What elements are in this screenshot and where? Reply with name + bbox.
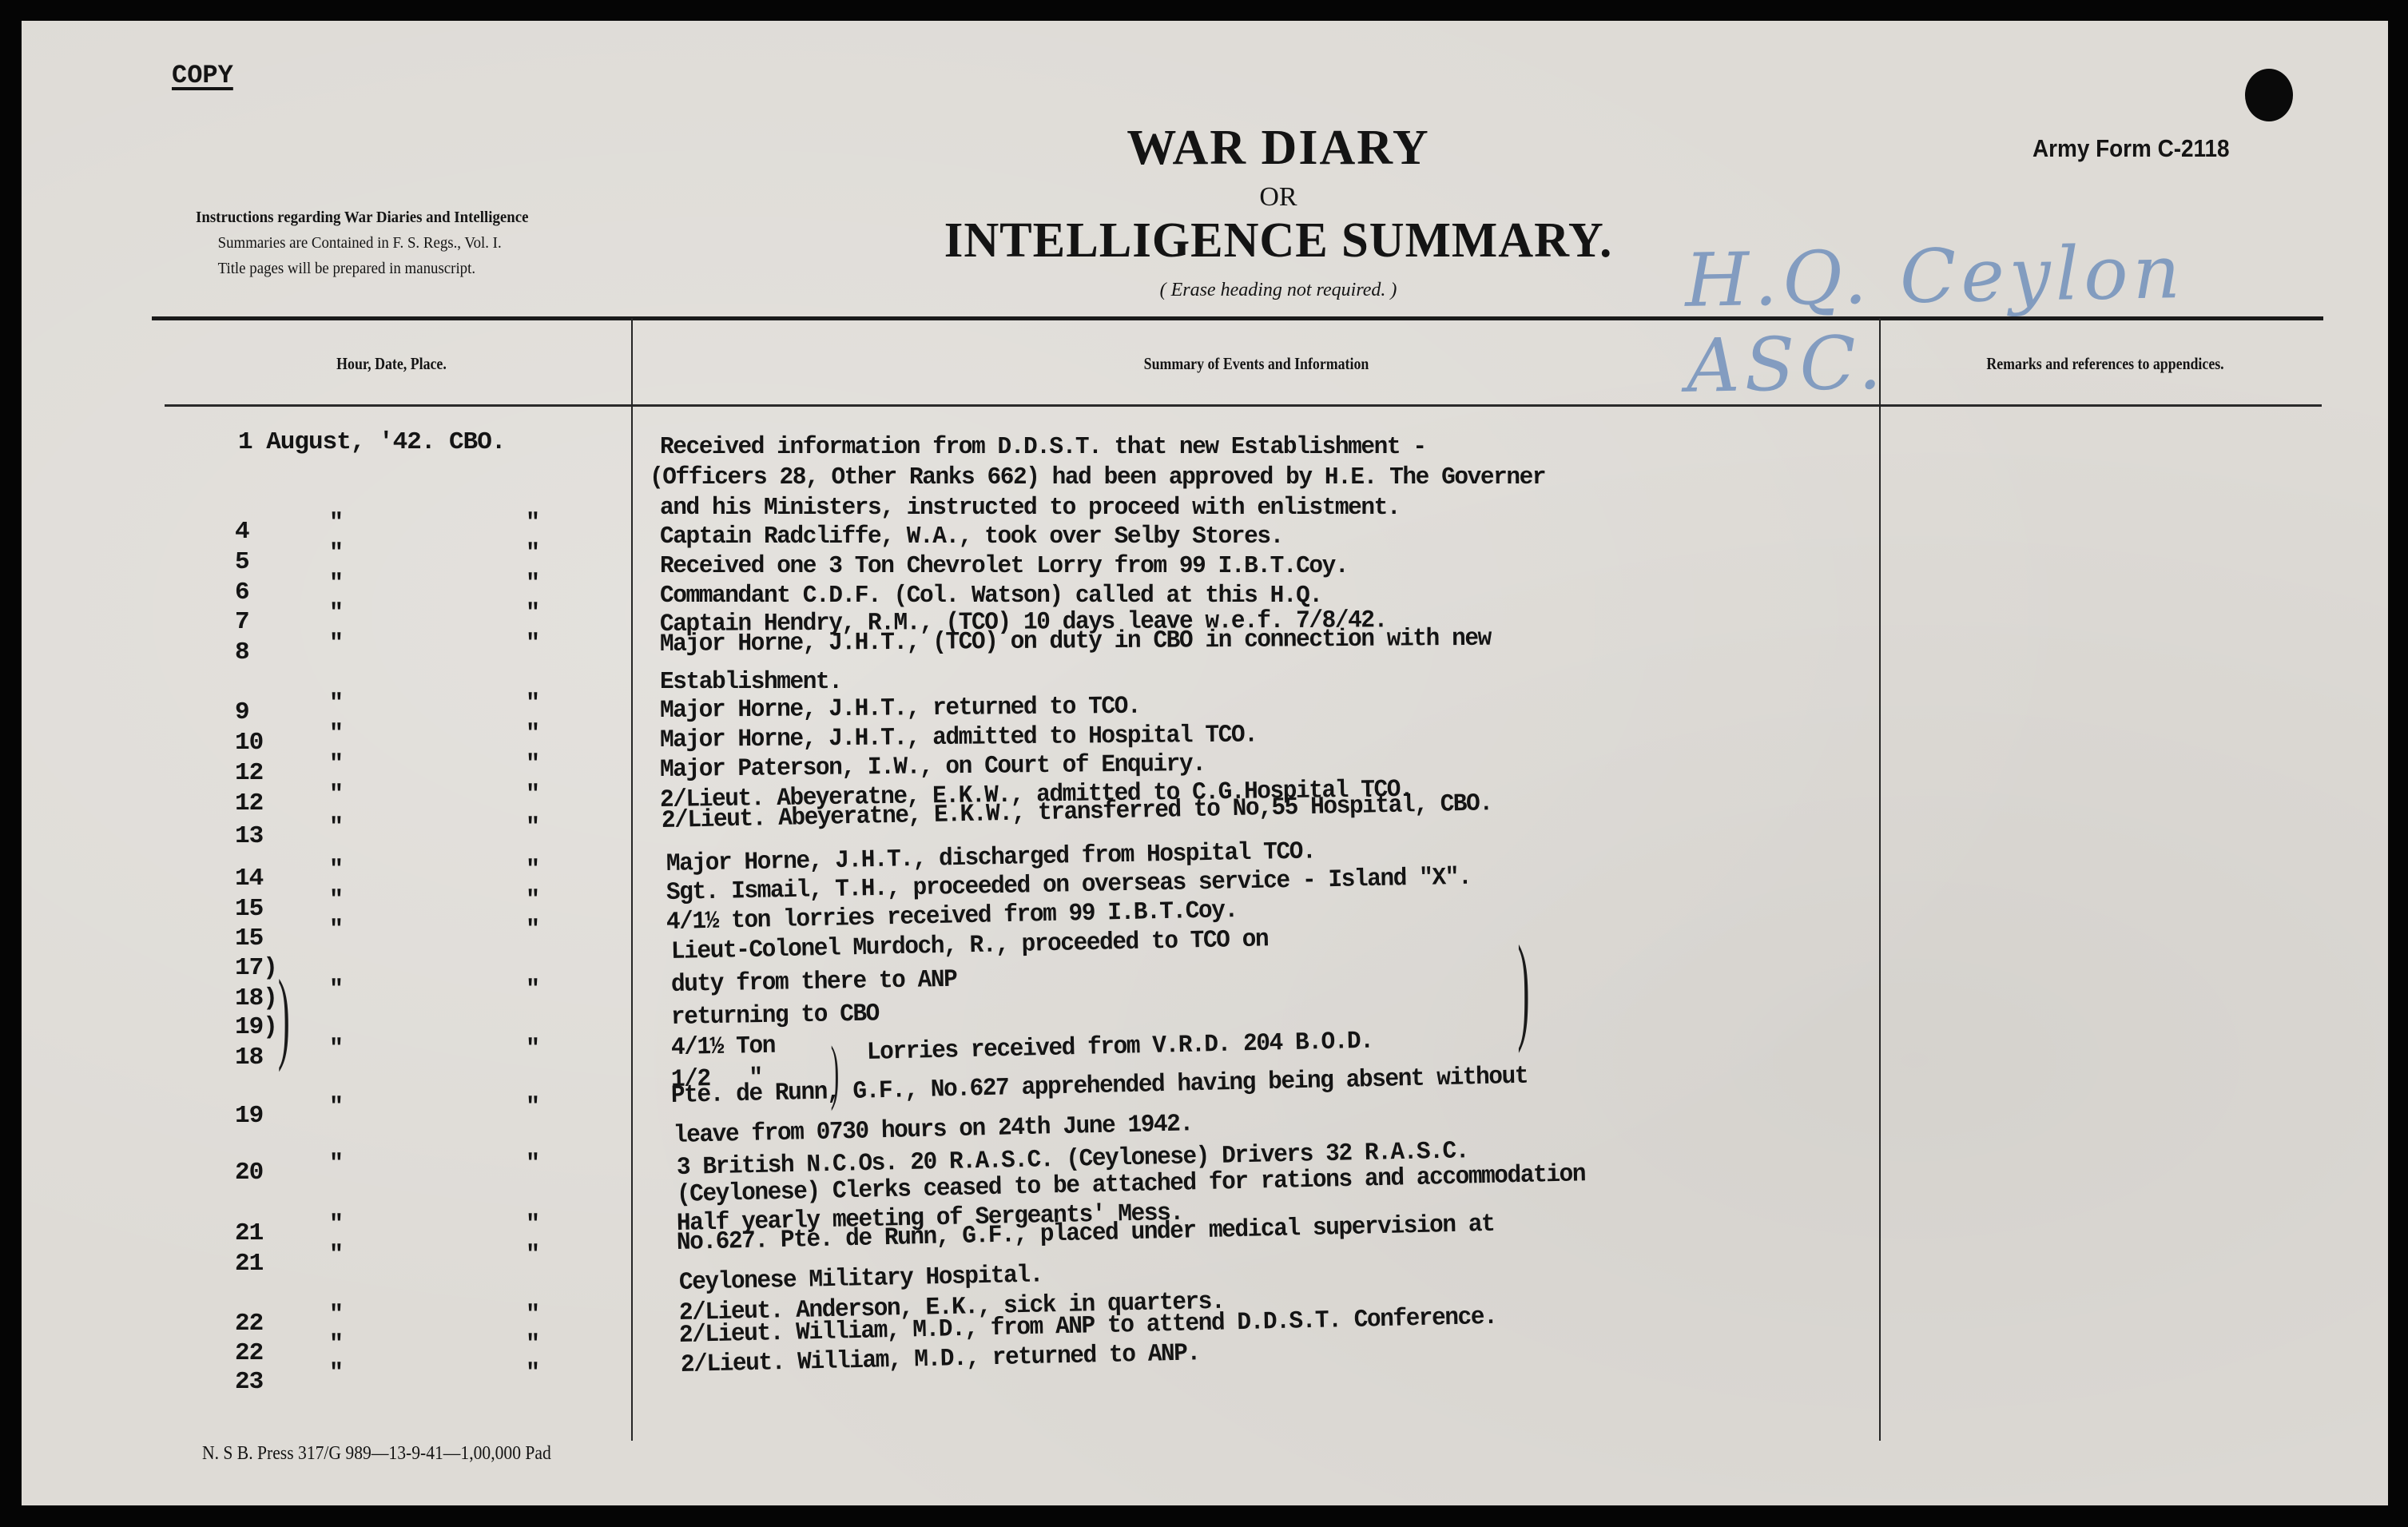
date-entry: 6 [235,579,249,606]
ditto-mark: " [526,751,540,778]
ditto-mark: " [329,1151,344,1178]
ditto-mark: " [329,781,344,809]
ditto-mark: " [526,781,540,809]
ditto-mark: " [526,857,540,884]
ditto-mark: " [329,1036,344,1063]
date-entry: 12 [235,759,263,787]
ditto-mark: " [329,857,344,884]
date-entry: 5 [235,548,249,576]
ditto-mark: " [329,571,344,598]
instructions-line-2: Summaries are Contained in F. S. Regs., … [196,230,529,256]
date-entry: 10 [235,729,263,757]
instructions-line-3: Title pages will be prepared in manuscri… [196,256,529,281]
ditto-mark: " [329,917,344,944]
ditto-mark: " [329,540,344,567]
ditto-mark: " [526,1302,540,1329]
date-entry: 19) [235,1013,277,1041]
date-entry: 19 [235,1102,263,1130]
diary-entry-line: Received information from D.D.S.T. that … [660,433,1426,461]
ditto-mark: " [329,976,344,1004]
ditto-mark: " [329,690,344,718]
lorries-brace-icon: ) [831,1031,839,1113]
date-entry: 14 [235,865,263,893]
diary-entry-line: and his Ministers, instructed to proceed… [660,494,1400,522]
date-entry: 21 [235,1250,263,1278]
date-entry: 20 [235,1159,263,1187]
diary-entry-line: Captain Radcliffe, W.A., took over Selby… [660,523,1283,551]
ditto-mark: " [329,751,344,778]
date-entry: 12 [235,789,263,817]
ditto-mark: " [526,1151,540,1178]
diary-entry-line: Commandant C.D.F. (Col. Watson) called a… [660,582,1322,610]
date-entry: 7 [235,608,249,636]
entry-brace-icon: ) [1517,919,1529,1056]
column-header-summary: Summary of Events and Information [729,354,1785,374]
ditto-mark: " [526,1036,540,1063]
ditto-mark: " [329,1360,344,1387]
diary-entry-line: Major Paterson, I.W., on Court of Enquir… [660,750,1206,784]
diary-entry-line: Major Horne, J.H.T., admitted to Hospita… [660,721,1258,754]
ditto-mark: " [329,887,344,914]
date-entry: 22 [235,1339,263,1367]
ditto-mark: " [526,721,540,748]
date-brace-icon: ) [278,957,290,1075]
date-entry: 17) [235,954,277,982]
ditto-mark: " [329,630,344,658]
instructions-line-1: Instructions regarding War Diaries and I… [196,205,529,230]
ditto-mark: " [329,1094,344,1121]
diary-entry-line: Major Horne, J.H.T., returned to TCO. [660,693,1140,725]
ditto-mark: " [526,630,540,658]
ditto-mark: " [329,600,344,627]
erase-note: ( Erase heading not required. ) [879,280,1678,301]
ditto-mark: " [329,1302,344,1329]
diary-entry-line: Establishment. [660,668,841,696]
instructions-note: Instructions regarding War Diaries and I… [196,205,529,281]
ditto-mark: " [329,510,344,537]
date-entry: 13 [235,822,263,850]
date-entry: 15 [235,895,263,923]
date-entry: 1 August, '42. CBO. [238,428,505,456]
ditto-mark: " [526,1211,540,1239]
date-entry: 23 [235,1368,263,1396]
ditto-mark: " [526,510,540,537]
form-title: WAR DIARY OR INTELLIGENCE SUMMARY. ( Era… [879,0,1678,320]
copy-mark: COPY [172,61,233,90]
punch-hole-icon [2245,69,2293,121]
title-intelligence-summary: INTELLIGENCE SUMMARY. [887,213,1670,269]
ditto-mark: " [329,1242,344,1269]
date-entry: 8 [235,638,249,666]
diary-entry-line: 4/1½ Ton [671,1032,776,1062]
column-header-date: Hour, Date, Place. [188,354,595,374]
form-number: Army Form C-2118 [2032,134,2230,163]
column-divider-left [631,318,633,1441]
diary-entry-line: Major Horne, J.H.T., (TCO) on duty in CB… [660,625,1491,658]
ditto-mark: " [526,976,540,1004]
ditto-mark: " [526,1360,540,1387]
date-entry: 22 [235,1310,263,1338]
ditto-mark: " [329,1331,344,1358]
diary-entry-line: (Officers 28, Other Ranks 662) had been … [650,463,1545,491]
ditto-mark: " [526,1242,540,1269]
column-header-remarks: Remarks and references to appendices. [1915,354,2295,374]
ditto-mark: " [526,571,540,598]
date-entry: 9 [235,698,249,726]
column-header-rule [165,404,2322,407]
column-divider-right [1879,318,1881,1441]
ditto-mark: " [526,814,540,841]
ditto-mark: " [526,600,540,627]
date-entry: 21 [235,1219,263,1247]
ditto-mark: " [526,917,540,944]
title-or: OR [879,182,1678,213]
ditto-mark: " [526,887,540,914]
ditto-mark: " [526,1094,540,1121]
date-entry: 15 [235,925,263,952]
ditto-mark: " [329,1211,344,1239]
ditto-mark: " [329,721,344,748]
date-entry: 18) [235,984,277,1012]
ditto-mark: " [329,814,344,841]
ditto-mark: " [526,1331,540,1358]
diary-entry-line: Received one 3 Ton Chevrolet Lorry from … [660,552,1348,580]
title-war-diary: WAR DIARY [879,120,1678,177]
printer-imprint: N. S B. Press 317/G 989—13-9-41—1,00,000… [202,1443,551,1465]
header-rule [152,316,2323,320]
ditto-mark: " [526,690,540,718]
diary-entry-line: returning to CBO [671,1000,880,1032]
date-entry: 4 [235,518,249,546]
diary-entry-line: duty from there to ANP [671,966,957,999]
ditto-mark: " [526,540,540,567]
date-entry: 18 [235,1044,263,1072]
